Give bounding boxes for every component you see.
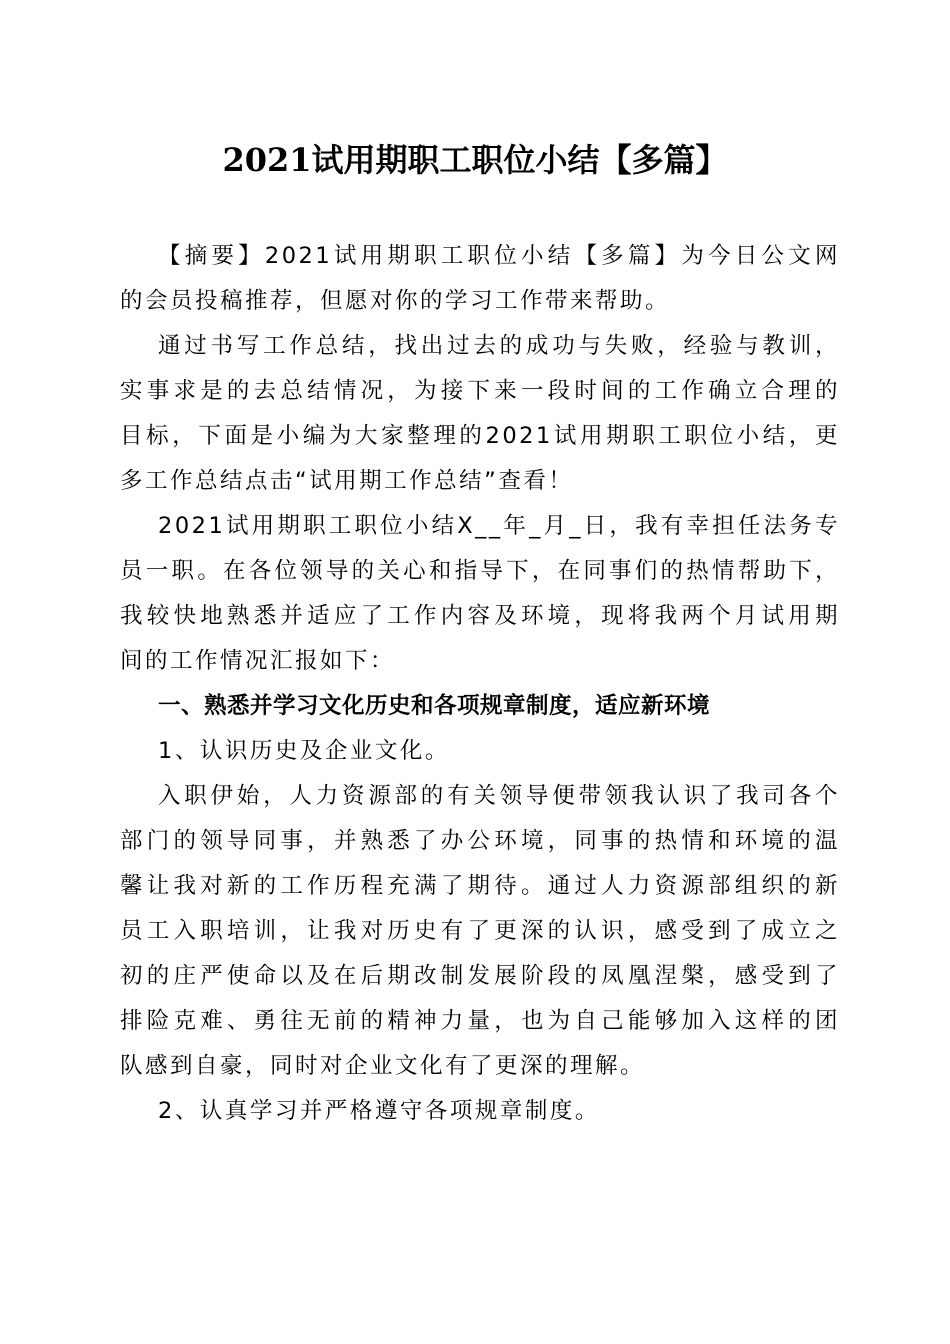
subsection-heading: 2、认真学习并严格遵守各项规章制度。 <box>120 1089 840 1134</box>
text-line: 【摘要】2021试用期职工职位小结【多篇】为今日公文网 <box>120 234 840 279</box>
text-line: 排险克难、勇往无前的精神力量，也为自己能够加入这样的团 <box>120 999 840 1044</box>
document-page: 2021试用期职工职位小结【多篇】 【摘要】2021试用期职工职位小结【多篇】为… <box>0 0 950 1344</box>
document-title: 2021试用期职工职位小结【多篇】 <box>0 136 950 184</box>
text-line: 馨让我对新的工作历程充满了期待。通过人力资源部组织的新 <box>120 864 840 909</box>
text-line: 员一职。在各位领导的关心和指导下，在同事们的热情帮助下， <box>120 549 840 594</box>
text-line: 员工入职培训，让我对历史有了更深的认识，感受到了成立之 <box>120 909 840 954</box>
text-line: 2021试用期职工职位小结X__年_月_日，我有幸担任法务专 <box>120 504 840 549</box>
text-line: 我较快地熟悉并适应了工作内容及环境，现将我两个月试用期 <box>120 594 840 639</box>
text-line: 的会员投稿推荐，但愿对你的学习工作带来帮助。 <box>120 279 840 324</box>
subsection-heading: 1、认识历史及企业文化。 <box>120 729 840 774</box>
text-line: 入职伊始，人力资源部的有关领导便带领我认识了我司各个 <box>120 774 840 819</box>
text-line: 队感到自豪，同时对企业文化有了更深的理解。 <box>120 1044 840 1089</box>
text-line: 间的工作情况汇报如下： <box>120 639 840 684</box>
section-heading: 一、熟悉并学习文化历史和各项规章制度，适应新环境 <box>120 684 840 729</box>
text-line: 部门的领导同事，并熟悉了办公环境，同事的热情和环境的温 <box>120 819 840 864</box>
document-body: 【摘要】2021试用期职工职位小结【多篇】为今日公文网 的会员投稿推荐，但愿对你… <box>120 234 840 1134</box>
text-line: 初的庄严使命以及在后期改制发展阶段的凤凰涅槃，感受到了 <box>120 954 840 999</box>
text-line: 通过书写工作总结，找出过去的成功与失败，经验与教训， <box>120 324 840 369</box>
text-line: 目标，下面是小编为大家整理的2021试用期职工职位小结，更 <box>120 414 840 459</box>
text-line: 实事求是的去总结情况，为接下来一段时间的工作确立合理的 <box>120 369 840 414</box>
text-line: 多工作总结点击“试用期工作总结”查看！ <box>120 459 840 504</box>
